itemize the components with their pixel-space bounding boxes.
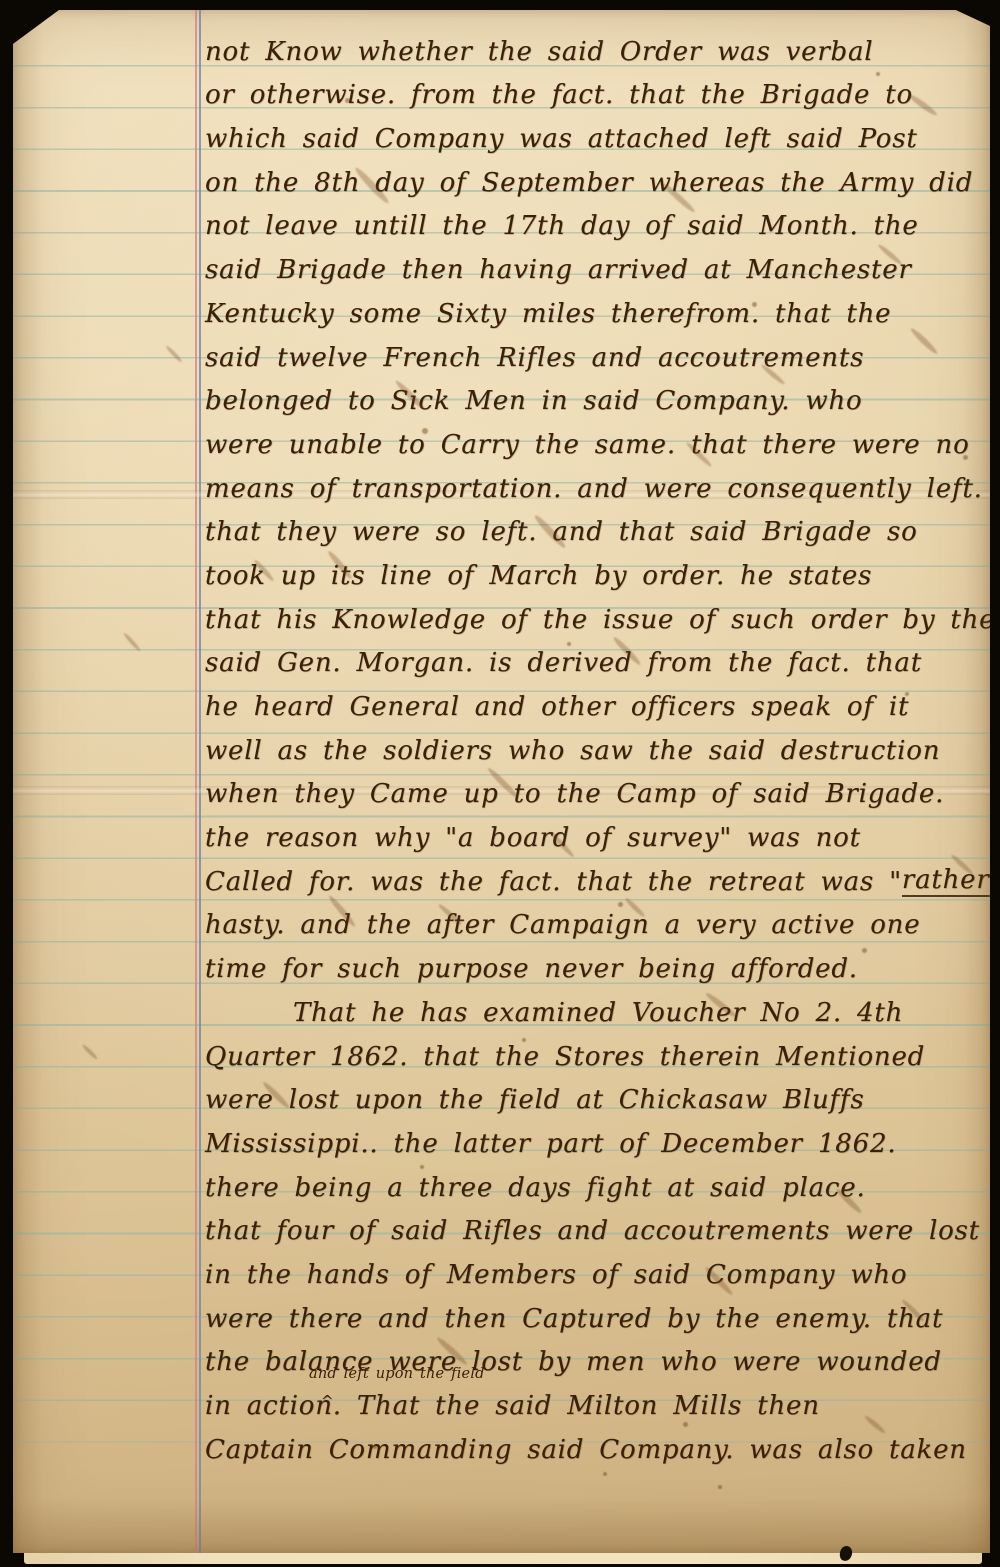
manuscript-line: Captain Commanding said Company. was als… xyxy=(205,1423,997,1467)
manuscript-line: hasty. and the after Campaign a very act… xyxy=(205,899,997,943)
manuscript-line: that his Knowledge of the issue of such … xyxy=(205,593,997,637)
manuscript-line: that they were so left. and that said Br… xyxy=(205,506,997,550)
margin-rule-blue xyxy=(199,10,201,1553)
stain-dot xyxy=(603,1472,607,1476)
manuscript-line: took up its line of March by order. he s… xyxy=(205,549,997,593)
manuscript-line: the reason why "a board of survey" was n… xyxy=(205,811,997,855)
manuscript-line: means of transportation. and were conseq… xyxy=(205,462,997,506)
manuscript-line: not Know whether the said Order was verb… xyxy=(205,25,997,69)
manuscript-line: Called for. was the fact. that the retre… xyxy=(205,855,997,899)
stain-dot xyxy=(718,1485,722,1489)
manuscript-line: said Gen. Morgan. is derived from the fa… xyxy=(205,637,997,681)
margin-rule-pink xyxy=(195,10,197,1553)
manuscript-line: which said Company was attached left sai… xyxy=(205,112,997,156)
manuscript-line: were lost upon the field at Chickasaw Bl… xyxy=(205,1074,997,1118)
manuscript-line: said twelve French Rifles and accoutreme… xyxy=(205,331,997,375)
underlined-word: rather xyxy=(902,865,990,897)
scanned-document: { "document": { "kind": "handwritten man… xyxy=(0,0,1000,1567)
insertion-caret: ^ xyxy=(321,1392,334,1410)
manuscript-line: he heard General and other officers spea… xyxy=(205,680,997,724)
manuscript-line: Kentucky some Sixty miles therefrom. tha… xyxy=(205,287,997,331)
manuscript-line: on the 8th day of September whereas the … xyxy=(205,156,997,200)
manuscript-lines: not Know whether the said Order was verb… xyxy=(205,25,997,1467)
manuscript-line: in the hands of Members of said Company … xyxy=(205,1248,997,1292)
manuscript-line: or otherwise. from the fact. that the Br… xyxy=(205,69,997,113)
manuscript-line: That he has examined Voucher No 2. 4th xyxy=(205,986,997,1030)
manuscript-line: were unable to Carry the same. that ther… xyxy=(205,418,997,462)
manuscript-line: in action. That the said Milton Mills th… xyxy=(205,1379,997,1423)
manuscript-line: that four of said Rifles and accoutremen… xyxy=(205,1205,997,1249)
manuscript-line: when they Came up to the Camp of said Br… xyxy=(205,768,997,812)
manuscript-page: not Know whether the said Order was verb… xyxy=(13,10,990,1553)
manuscript-line: Mississippi.. the latter part of Decembe… xyxy=(205,1117,997,1161)
manuscript-line: belonged to Sick Men in said Company. wh… xyxy=(205,375,997,419)
manuscript-line: not leave untill the 17th day of said Mo… xyxy=(205,200,997,244)
interlinear-insertion: and left upon the field xyxy=(309,1366,485,1382)
stain-smear xyxy=(165,345,183,364)
manuscript-line: Quarter 1862. that the Stores therein Me… xyxy=(205,1030,997,1074)
manuscript-line: well as the soldiers who saw the said de… xyxy=(205,724,997,768)
manuscript-line: were there and then Captured by the enem… xyxy=(205,1292,997,1336)
manuscript-line: time for such purpose never being afford… xyxy=(205,942,997,986)
stain-smear xyxy=(81,1044,98,1061)
stain-smear xyxy=(122,632,141,653)
manuscript-line: said Brigade then having arrived at Manc… xyxy=(205,243,997,287)
manuscript-line: there being a three days fight at said p… xyxy=(205,1161,997,1205)
